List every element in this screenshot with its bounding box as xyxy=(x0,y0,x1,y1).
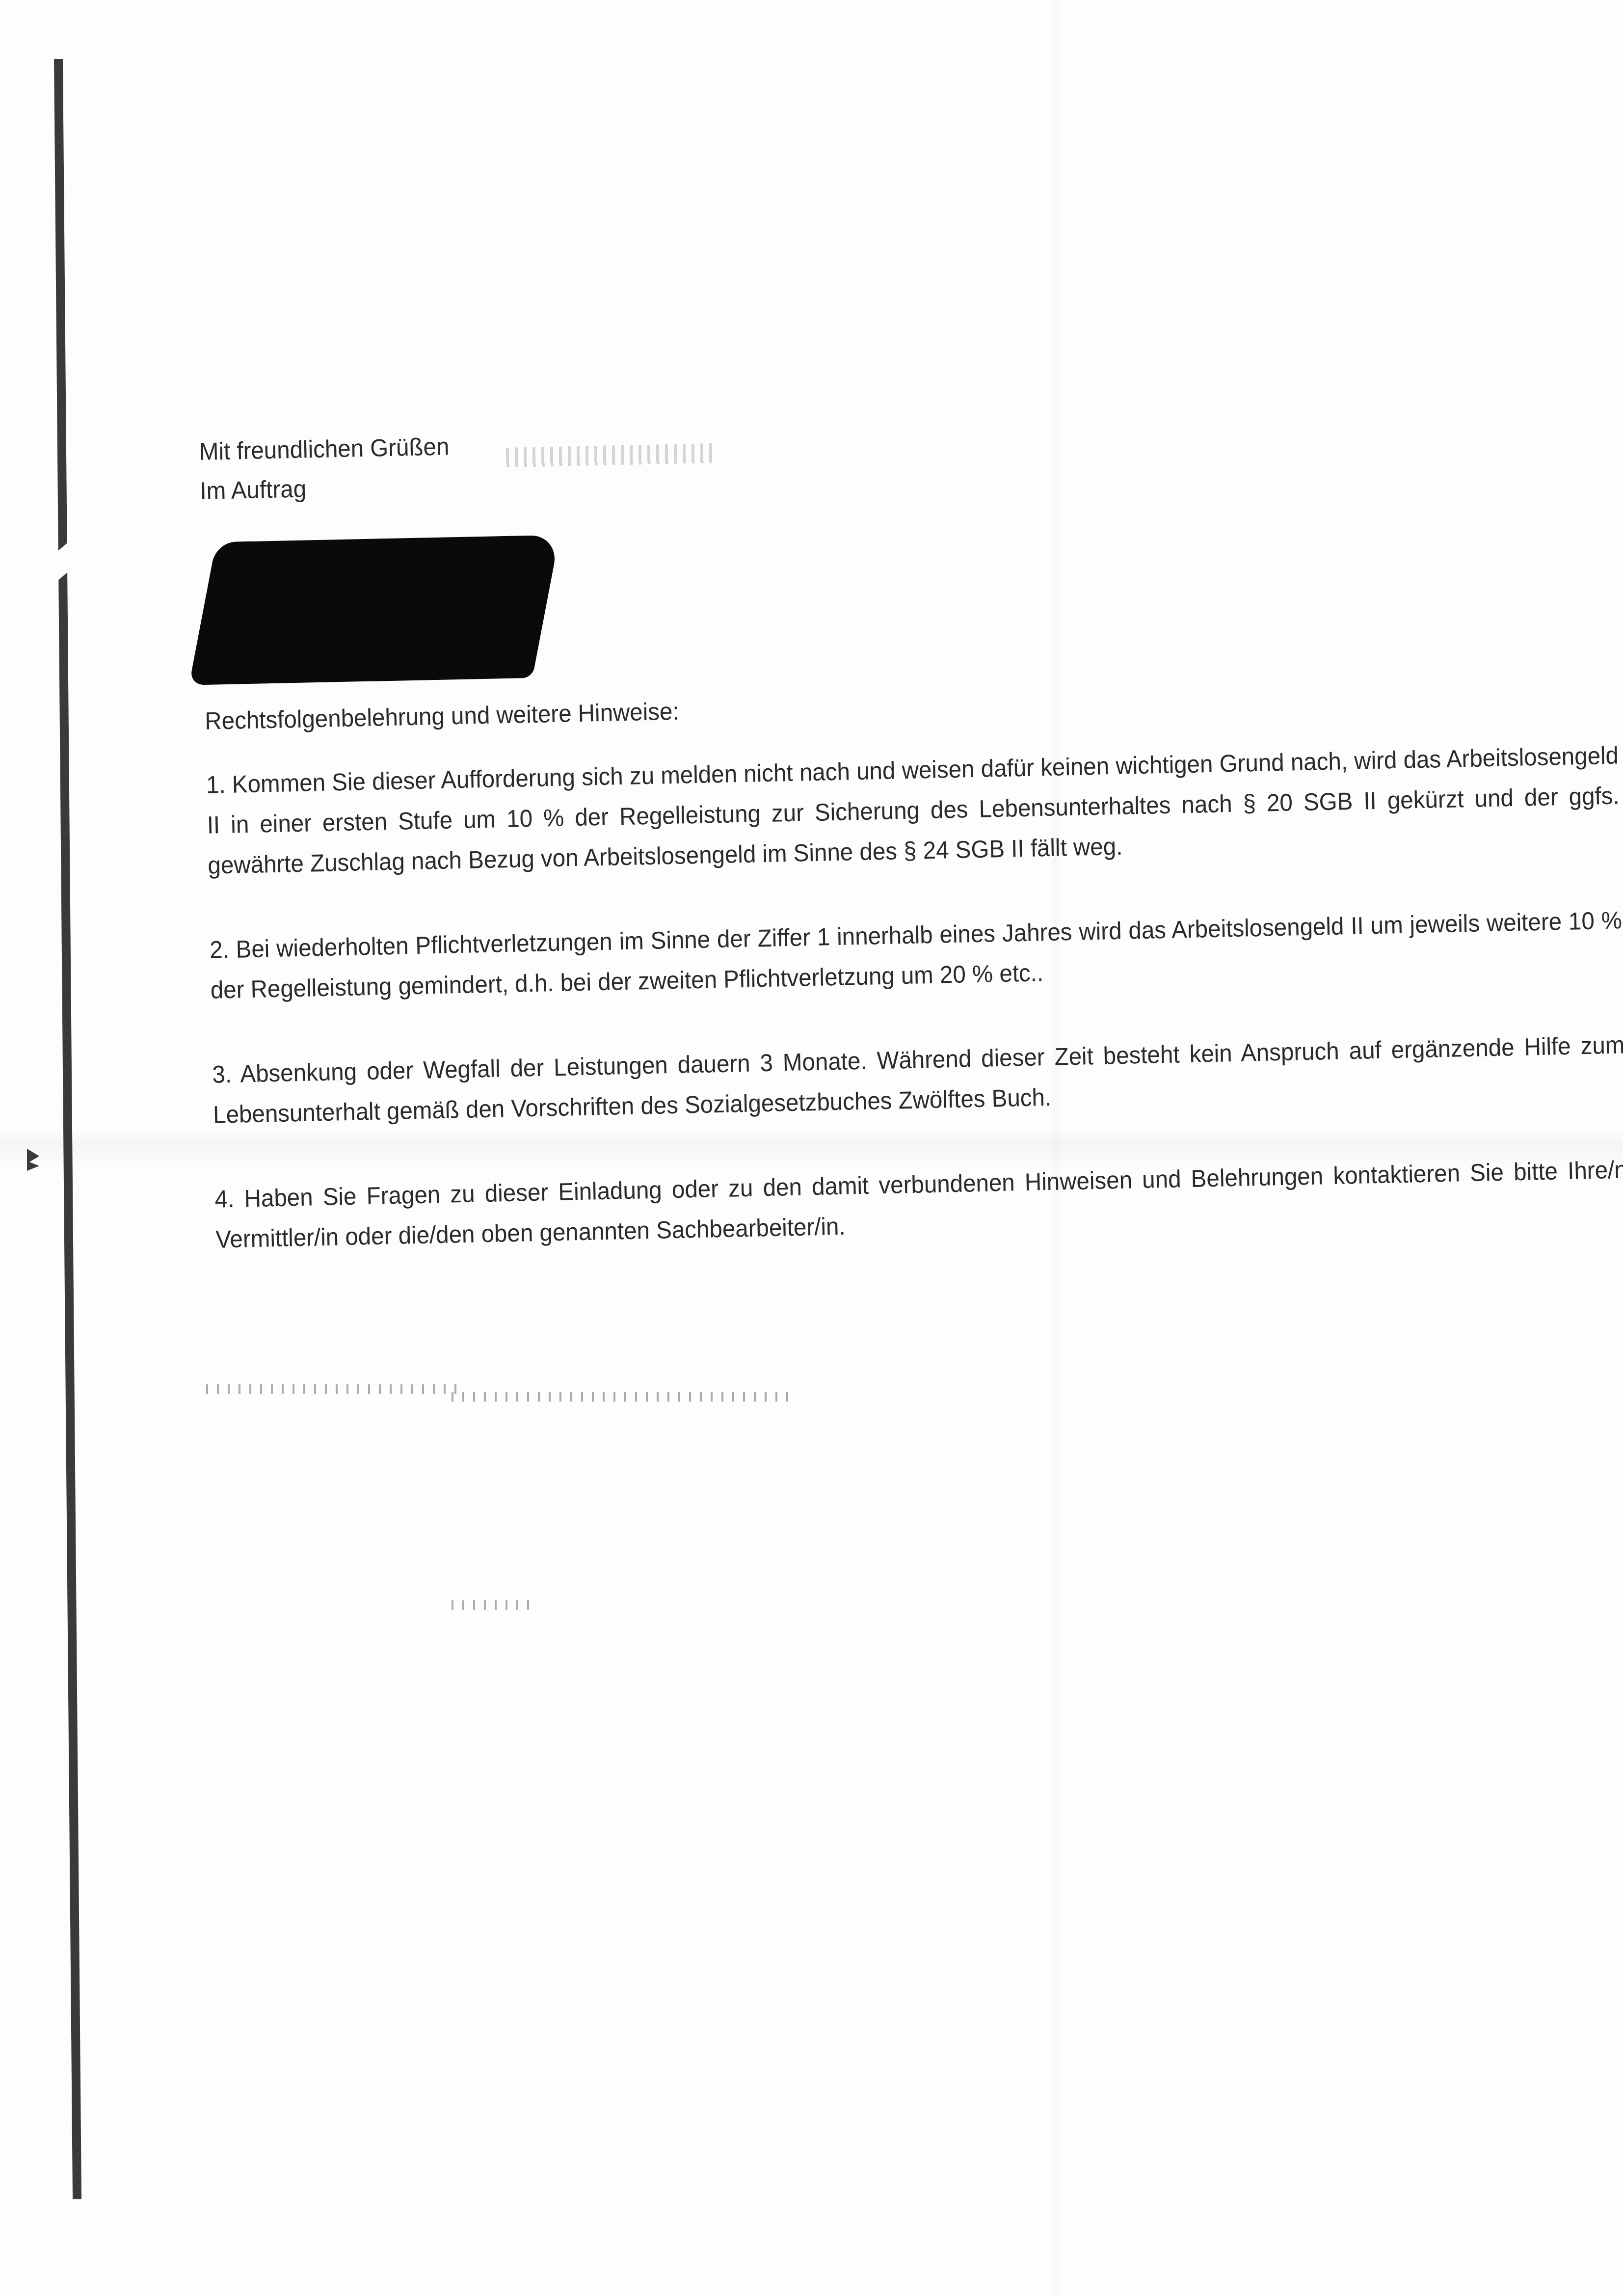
faded-print-residue xyxy=(206,1384,461,1394)
section-title: Rechtsfolgenbelehrung und weitere Hinwei… xyxy=(205,679,1548,735)
letter-body: Mit freundlichen Grüßen Im Auftrag Recht… xyxy=(199,403,1623,1304)
notice-list: 1. Kommen Sie dieser Aufforderung sich z… xyxy=(206,735,1623,1260)
notice-item-1: 1. Kommen Sie dieser Aufforderung sich z… xyxy=(206,735,1621,886)
faded-print-residue xyxy=(452,1600,530,1610)
notice-item-2: 2. Bei wiederholten Pflichtverletzungen … xyxy=(209,900,1623,1010)
notice-item-3: 3. Absenkung oder Wegfall der Leistungen… xyxy=(212,1025,1623,1134)
notice-item-4: 4. Haben Sie Fragen zu dieser Einladung … xyxy=(214,1149,1623,1259)
faded-print-residue xyxy=(452,1392,795,1402)
redacted-signature xyxy=(189,535,559,685)
